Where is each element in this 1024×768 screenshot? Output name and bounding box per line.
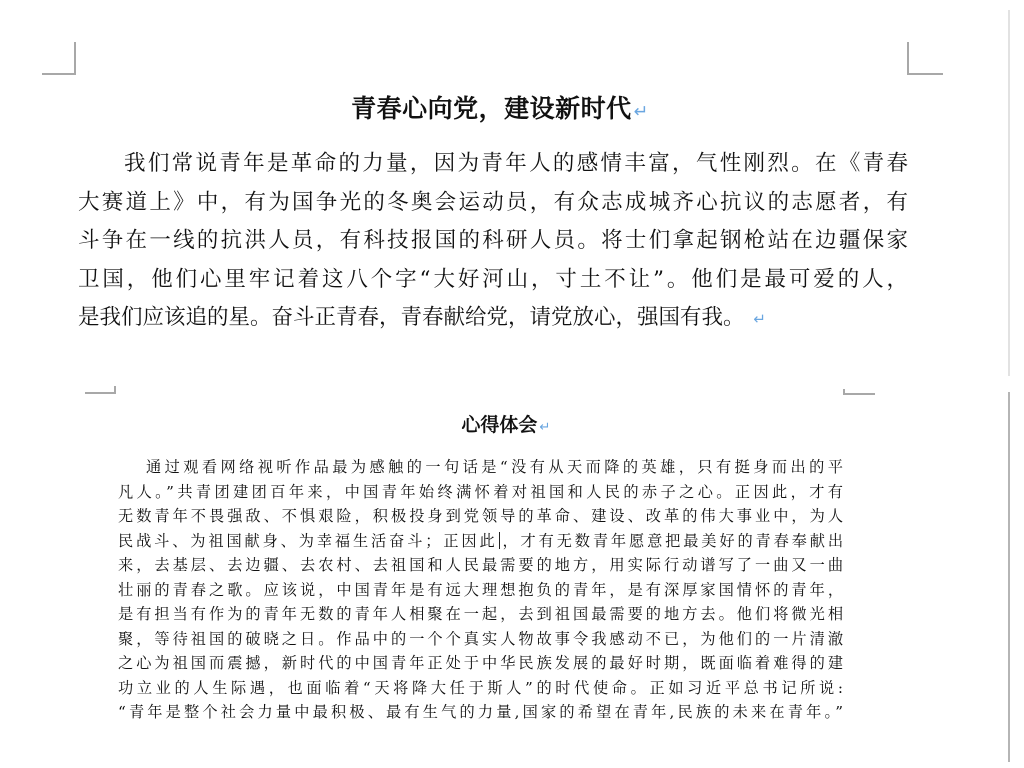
text-segment[interactable]: 民战斗、为祖国献身、为幸福生活奋斗；正因此 xyxy=(118,532,498,550)
text-line[interactable]: 我们常说青年是革命的力量，因为青年人的感情丰富，气性刚烈。在《青春 xyxy=(78,145,908,184)
crop-mark-top-left xyxy=(42,42,76,75)
section-title-text[interactable]: 心得体会 xyxy=(461,414,537,436)
page-edge-lower xyxy=(1008,392,1010,762)
reflection-paragraph[interactable]: 通过观看网络视听作品最为感触的一句话是“没有从天而降的英雄，只有挺身而出的平 凡… xyxy=(118,455,848,725)
text-line[interactable]: 壮丽的青春之歌。应该说，中国青年是有远大理想抱负的青年，是有深厚家国情怀的青年， xyxy=(118,578,843,603)
text-line-last[interactable]: 是我们应该追的星。奋斗正青春，青春献给党，请党放心，强国有我。 ↵ xyxy=(78,299,908,339)
text-line[interactable]: 来，去基层、去边疆、去农村、去祖国和人民最需要的地方，用实际行动谱写了一曲又一曲 xyxy=(118,553,843,578)
text-line[interactable]: 是我们应该追的星。奋斗正青春，青春献给党，请党放心，强国有我。 xyxy=(78,305,745,330)
crop-mark-bottom-left xyxy=(85,386,116,394)
text-line[interactable]: 大赛道上》中，有为国争光的冬奥会运动员，有众志成城齐心抗议的志愿者，有 xyxy=(78,184,908,223)
page-edge-upper xyxy=(1008,10,1010,376)
section-title[interactable]: 心得体会↵ xyxy=(0,410,1006,443)
crop-mark-top-right xyxy=(907,42,943,75)
text-line[interactable]: 功立业的人生际遇，也面临着“天将降大任于斯人”的时代使命。正如习近平总书记所说: xyxy=(118,676,843,701)
body-paragraph[interactable]: 我们常说青年是革命的力量，因为青年人的感情丰富，气性刚烈。在《青春 大赛道上》中… xyxy=(78,145,918,339)
document-canvas: 青春心向党，建设新时代↵ 我们常说青年是革命的力量，因为青年人的感情丰富，气性刚… xyxy=(0,0,1024,768)
text-line[interactable]: 卫国，他们心里牢记着这八个字“大好河山，寸土不让”。他们是最可爱的人， xyxy=(78,261,908,300)
text-line[interactable]: 聚，等待祖国的破晓之日。作品中的一个个真实人物故事令我感动不已，为他们的一片清澈 xyxy=(118,627,843,652)
text-line[interactable]: 无数青年不畏强敌、不惧艰险，积极投身到党领导的革命、建设、改革的伟大事业中，为人 xyxy=(118,504,843,529)
text-line[interactable]: “青年是整个社会力量中最积极、最有生气的力量,国家的希望在青年,民族的未来在青年… xyxy=(118,700,843,725)
paragraph-mark-icon: ↵ xyxy=(539,420,550,435)
crop-mark-bottom-right xyxy=(843,389,875,395)
paragraph-mark-icon: ↵ xyxy=(634,102,649,122)
page-title[interactable]: 青春心向党，建设新时代↵ xyxy=(0,90,1000,131)
paragraph-mark-icon: ↵ xyxy=(753,310,766,328)
text-line[interactable]: 斗争在一线的抗洪人员，有科技报国的科研人员。将士们拿起钢枪站在边疆保家 xyxy=(78,222,908,261)
text-line[interactable]: 通过观看网络视听作品最为感触的一句话是“没有从天而降的英雄，只有挺身而出的平 xyxy=(118,455,843,480)
title-text[interactable]: 青春心向党，建设新时代 xyxy=(351,94,632,123)
text-segment[interactable]: ，才有无数青年愿意把最美好的青春奉献出 xyxy=(500,532,843,550)
text-line[interactable]: 是有担当有作为的青年无数的青年人相聚在一起，去到祖国最需要的地方去。他们将微光相 xyxy=(118,602,843,627)
text-line[interactable]: 凡人。”共青团建团百年来，中国青年始终满怀着对祖国和人民的赤子之心。正因此，才有 xyxy=(118,480,843,505)
text-line-with-caret[interactable]: 民战斗、为祖国献身、为幸福生活奋斗；正因此，才有无数青年愿意把最美好的青春奉献出 xyxy=(118,529,843,554)
text-line[interactable]: 之心为祖国而震撼，新时代的中国青年正处于中华民族发展的最好时期，既面临着难得的建 xyxy=(118,651,843,676)
